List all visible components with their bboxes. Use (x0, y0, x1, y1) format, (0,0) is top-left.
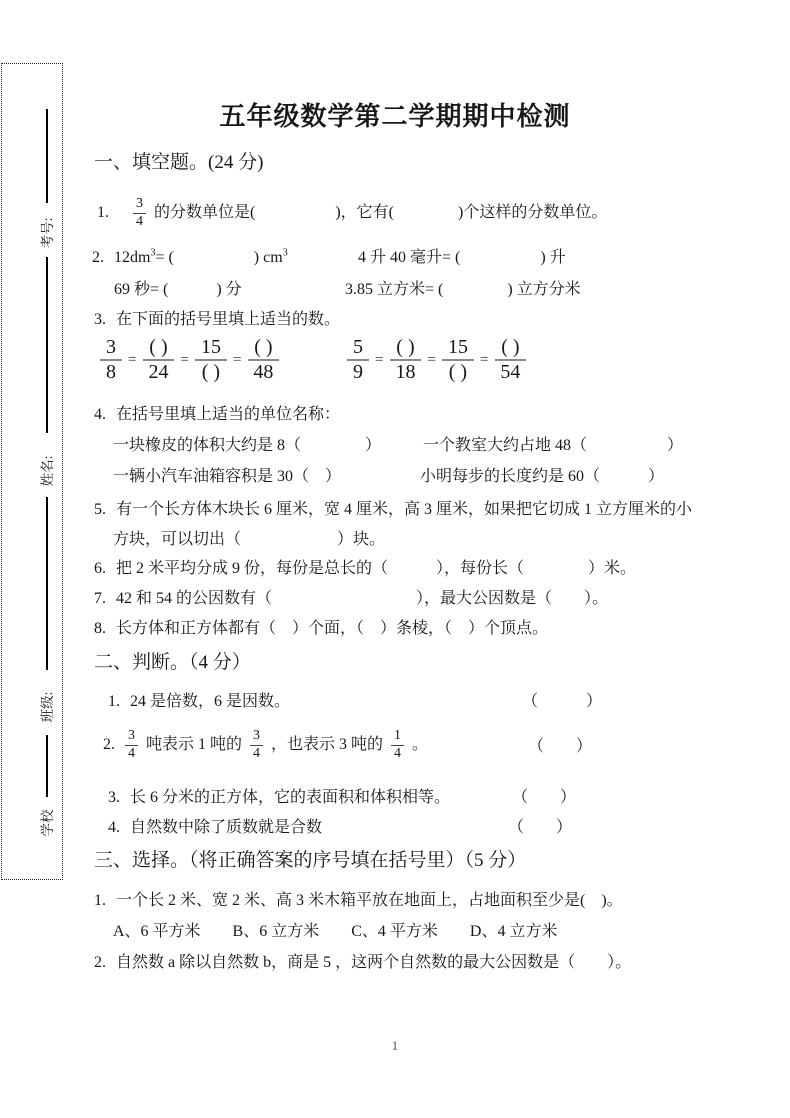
q6-number: 6. (94, 559, 106, 578)
equals-sign: = (480, 352, 488, 369)
exam-number-label: 考号: (36, 203, 56, 263)
q2-blank-liter: 4 升 40 毫升= ( ) 升 (358, 248, 566, 267)
equals-sign: = (375, 352, 383, 369)
q1-row: 1. 3 4 的分数单位是( )，它有( )个这样的分数单位。 (97, 190, 607, 236)
equals-sign: = (180, 352, 188, 369)
judge2-fraction2: 34 (250, 728, 263, 761)
j2-f2-num: 3 (250, 728, 263, 745)
equals-sign: = (128, 352, 136, 369)
q2-blank-seconds: 69 秒= ( ) 分 (114, 280, 242, 299)
q3-number: 3. (94, 310, 106, 329)
eq1-f4-num: ( ) (248, 336, 278, 361)
section2-heading: 二、判断。（4 分） (94, 652, 251, 675)
school-write-line (46, 735, 48, 797)
judge1-text: 24 是倍数，6 是因数。 (130, 692, 290, 711)
judge2-fraction1: 34 (125, 728, 138, 761)
eq2-f1-den: 9 (347, 361, 369, 384)
q8-number: 8. (94, 619, 106, 638)
eq2-frac3: 15( ) (442, 336, 474, 384)
eq1-frac1: 38 (100, 336, 122, 384)
q1-text: 的分数单位是( )，它有( )个这样的分数单位。 (154, 203, 607, 222)
eq1-frac2: ( )24 (142, 336, 174, 384)
q6-text: 把 2 米平均分成 9 份，每份是总长的（ ），每份长（ ）米。 (116, 559, 636, 578)
eq1-f2-den: 24 (142, 361, 174, 384)
j2-f2-den: 4 (250, 746, 263, 762)
eq1-frac3: 15( ) (195, 336, 227, 384)
name-label: 姓名: (36, 441, 56, 501)
eq2-frac1: 59 (347, 336, 369, 384)
q1-fraction-denominator: 4 (133, 214, 146, 230)
school-label: 学校 (36, 793, 56, 853)
q2-sup2: 3 (283, 248, 288, 259)
eq2-f4-den: 54 (494, 361, 526, 384)
eq1-f3-den: ( ) (196, 361, 226, 384)
class-label: 班级: (36, 677, 56, 737)
q1-number: 1. (97, 203, 109, 222)
j2-f1-den: 4 (125, 746, 138, 762)
eq2-f2-den: 18 (389, 361, 421, 384)
judge2-text2: ，也表示 3 吨的 (267, 735, 387, 754)
eq2-f3-den: ( ) (443, 361, 473, 384)
exam-page: 考号: 姓名: 班级: 学校 五年级数学第二学期期中检测 一、填空题。(24 分… (0, 0, 790, 1118)
judge4-answer-paren: （ ） (508, 818, 572, 837)
name-write-line (46, 257, 48, 433)
q5-line1: 有一个长方体木块长 6 厘米，宽 4 厘米，高 3 厘米，如果把它切成 1 立方… (116, 500, 692, 519)
choice2-number: 2. (94, 953, 106, 972)
q4-text: 在括号里填上适当的单位名称： (116, 405, 340, 424)
q5-line2: 方块，可以切出（ ）块。 (113, 530, 385, 549)
class-write-line (46, 497, 48, 670)
eq1-f3-num: 15 (195, 336, 227, 361)
judge2-number: 2. (103, 735, 115, 754)
section3-heading: 三、选择。（将正确答案的序号填在括号里）（5 分） (94, 850, 526, 873)
judge2-answer-paren: （ ） (528, 737, 592, 756)
q1-fraction: 3 4 (133, 196, 146, 229)
q8-text: 长方体和正方体都有（ ）个面，（ ）条棱，（ ）个顶点。 (116, 619, 548, 638)
eq1-f2-num: ( ) (143, 336, 173, 361)
q7-number: 7. (94, 589, 106, 608)
q3-text: 在下面的括号里填上适当的数。 (116, 310, 340, 329)
q4-item-classroom: 一个教室大约占地 48（ ） (423, 436, 683, 455)
q4-item-eraser: 一块橡皮的体积大约是 8（ ） (113, 436, 381, 455)
q2-blank-dm3: 12dm3= ( ) cm3 (114, 248, 288, 267)
q1-fraction-numerator: 3 (133, 196, 146, 213)
choice1-number: 1. (94, 891, 106, 910)
page-number: 1 (0, 1038, 790, 1054)
j2-f3-den: 4 (391, 746, 404, 762)
q7-text: 42 和 54 的公因数有（ ），最大公因数是（ ）。 (116, 589, 608, 608)
judge2-text3: 。 (408, 735, 428, 754)
eq2-frac4: ( )54 (494, 336, 526, 384)
page-title: 五年级数学第二学期期中检测 (0, 96, 790, 133)
judge3-text: 长 6 分米的正方体，它的表面积和体积相等。 (130, 788, 450, 807)
q2-number: 2. (92, 248, 104, 267)
judge3-number: 3. (108, 788, 120, 807)
judge2-fraction3: 14 (391, 728, 404, 761)
j2-f3-num: 1 (391, 728, 404, 745)
eq2-f4-num: ( ) (495, 336, 525, 361)
j2-f1-num: 3 (125, 728, 138, 745)
q5-number: 5. (94, 500, 106, 519)
eq2-f3-num: 15 (442, 336, 474, 361)
judge4-number: 4. (108, 818, 120, 837)
judge1-number: 1. (108, 692, 120, 711)
equals-sign: = (233, 352, 241, 369)
choice1-options: A、6 平方米 B、6 立方米 C、4 平方米 D、4 立方米 (113, 922, 557, 941)
judge3-answer-paren: （ ） (512, 788, 576, 807)
q4-item-step: 小明每步的长度约是 60（ ） (420, 467, 664, 486)
choice2-text: 自然数 a 除以自然数 b，商是 5 ，这两个自然数的最大公因数是（ ）。 (116, 953, 631, 972)
q2-dm-text: 12dm (114, 249, 150, 266)
eq1-f4-den: 48 (247, 361, 279, 384)
judge1-answer-paren: （ ） (522, 692, 602, 711)
judge2-row: 2. 34 吨表示 1 吨的 34 ，也表示 3 吨的 14 。 (103, 722, 428, 768)
equation-2: 59 = ( )18 = 15( ) = ( )54 (347, 336, 526, 384)
choice1-text: 一个长 2 米、宽 2 米、高 3 米木箱平放在地面上，占地面积至少是( )。 (116, 891, 623, 910)
eq1-f1-num: 3 (100, 336, 122, 361)
q2-blank-cubicmeter: 3.85 立方米= ( ) 立方分米 (345, 280, 581, 299)
eq2-f2-num: ( ) (390, 336, 420, 361)
q4-item-cartank: 一辆小汽车油箱容积是 30（ ） (113, 467, 341, 486)
judge4-text: 自然数中除了质数就是合数 (130, 818, 322, 837)
eq1-frac4: ( )48 (247, 336, 279, 384)
judge2-text1: 吨表示 1 吨的 (142, 735, 246, 754)
eq1-f1-den: 8 (100, 361, 122, 384)
equals-sign: = (427, 352, 435, 369)
q2-cm-text: = ( ) cm (155, 249, 282, 266)
section1-heading: 一、填空题。(24 分) (94, 152, 263, 175)
eq2-f1-num: 5 (347, 336, 369, 361)
eq2-frac2: ( )18 (389, 336, 421, 384)
q4-number: 4. (94, 405, 106, 424)
equation-1: 38 = ( )24 = 15( ) = ( )48 (100, 336, 279, 384)
